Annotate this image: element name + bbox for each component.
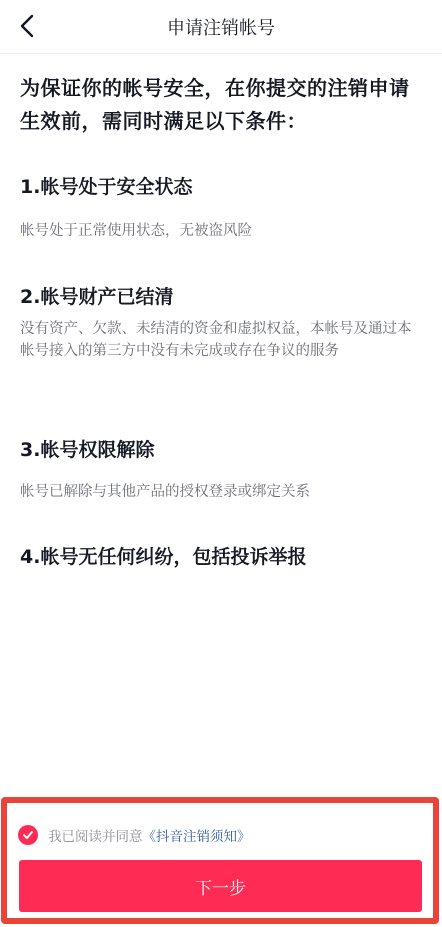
- checkmark-icon: [22, 829, 34, 841]
- condition-desc-2: 没有资产、欠款、未结清的资金和虚拟权益，本帐号及通过本帐号接入的第三方中没有未完…: [20, 318, 424, 362]
- agree-checkbox[interactable]: [18, 825, 38, 845]
- condition-desc-1: 帐号处于正常使用状态，无被盗风险: [20, 220, 424, 242]
- conditions-content: 为保证你的帐号安全，在你提交的注销申请生效前，需同时满足以下条件： 1.帐号处于…: [20, 72, 424, 138]
- header-divider: [0, 53, 442, 54]
- next-step-button[interactable]: 下一步: [19, 860, 422, 912]
- intro-text: 为保证你的帐号安全，在你提交的注销申请生效前，需同时满足以下条件：: [20, 72, 424, 138]
- condition-title-3: 3.帐号权限解除: [20, 435, 154, 462]
- condition-desc-3: 帐号已解除与其他产品的授权登录或绑定关系: [20, 481, 424, 503]
- agreement-row: 我已阅读并同意 《抖音注销须知》: [18, 824, 251, 846]
- nav-bar: 申请注销帐号: [0, 0, 442, 53]
- condition-title-1: 1.帐号处于安全状态: [20, 172, 192, 199]
- page-title: 申请注销帐号: [0, 14, 442, 40]
- cancellation-notice-link[interactable]: 《抖音注销须知》: [143, 825, 251, 845]
- condition-title-2: 2.帐号财产已结清: [20, 282, 173, 309]
- condition-title-4: 4.帐号无任何纠纷，包括投诉举报: [20, 542, 306, 569]
- agree-label: 我已阅读并同意: [48, 825, 143, 845]
